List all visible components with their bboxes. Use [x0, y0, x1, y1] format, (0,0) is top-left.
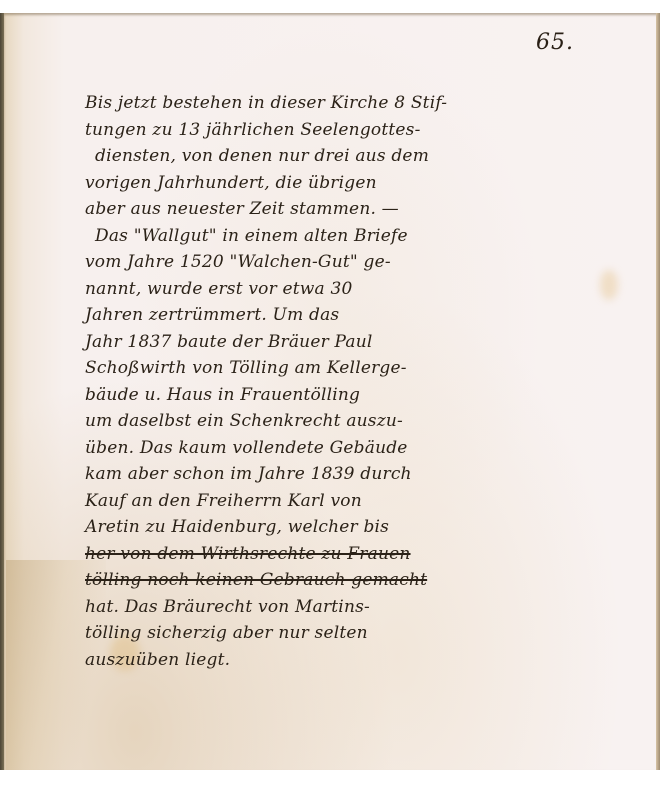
text-line: vom Jahre 1520 "Walchen-Gut" ge-	[85, 249, 625, 276]
text-line: diensten, von denen nur drei aus dem	[85, 143, 625, 170]
page-right-edge	[656, 13, 660, 770]
text-line: Aretin zu Haidenburg, welcher bis	[85, 514, 625, 541]
struck-text-line: tölling noch keinen Gebrauch gemacht	[85, 567, 625, 594]
text-line: tungen zu 13 jährlichen Seelengottes-	[85, 117, 625, 144]
page-number: 65.	[536, 30, 574, 55]
text-line: aber aus neuester Zeit stammen. —	[85, 196, 625, 223]
text-line: Jahr 1837 baute der Bräuer Paul	[85, 329, 625, 356]
text-line: um daselbst ein Schenkrecht auszu-	[85, 408, 625, 435]
text-line: kam aber schon im Jahre 1839 durch	[85, 461, 625, 488]
text-line: bäude u. Haus in Frauentölling	[85, 382, 625, 409]
text-line: Kauf an den Freiherrn Karl von	[85, 488, 625, 515]
text-line: vorigen Jahrhundert, die übrigen	[85, 170, 625, 197]
handwritten-text-block: Bis jetzt bestehen in dieser Kirche 8 St…	[85, 90, 625, 673]
text-line: nannt, wurde erst vor etwa 30	[85, 276, 625, 303]
text-line: auszuüben liegt.	[85, 647, 625, 674]
struck-text-line: her von dem Wirthsrechte zu Frauen	[85, 541, 625, 568]
text-line: Das "Wallgut" in einem alten Briefe	[85, 223, 625, 250]
text-line: tölling sicherzig aber nur selten	[85, 620, 625, 647]
text-line: hat. Das Bräurecht von Martins-	[85, 594, 625, 621]
text-line: üben. Das kaum vollendete Gebäude	[85, 435, 625, 462]
text-line: Bis jetzt bestehen in dieser Kirche 8 St…	[85, 90, 625, 117]
text-line: Schoßwirth von Tölling am Kellerge-	[85, 355, 625, 382]
text-line: Jahren zertrümmert. Um das	[85, 302, 625, 329]
